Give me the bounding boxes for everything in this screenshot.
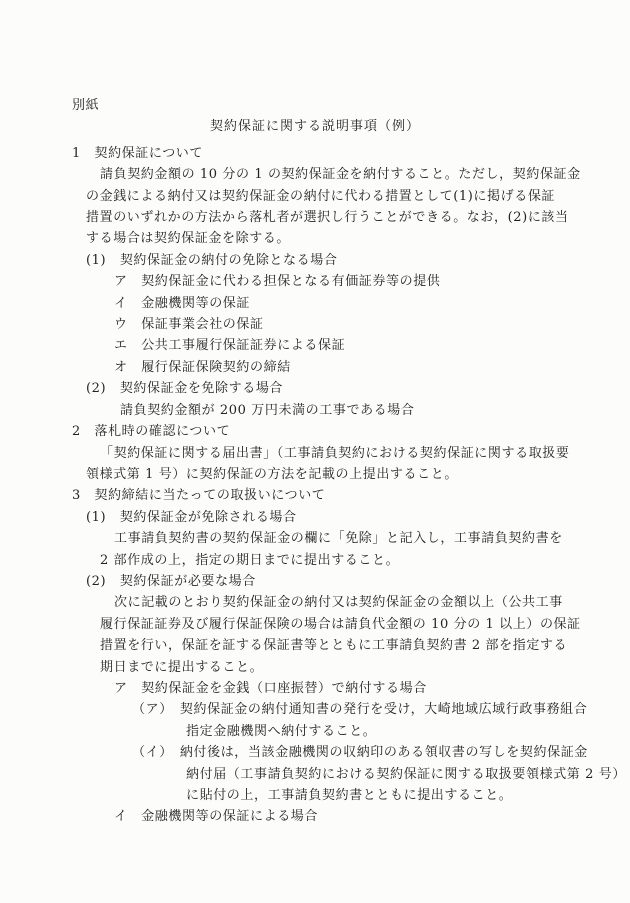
section-2-para-line: 「契約保証に関する届出書」（工事請負契約における契約保証に関する取扱要: [100, 443, 630, 464]
list-item-o: オ 履行保証保険契約の締結: [114, 357, 630, 378]
sub-item-a-2-line: に貼付の上，工事請負契約書とともに提出すること。: [186, 785, 630, 806]
section-3-heading: 3 契約締結に当たっての取扱いについて: [72, 485, 630, 506]
item-3-1-para-line: 工事請負契約書の契約保証金の欄に「免除」と記入し，工事請負契約書を: [114, 528, 630, 549]
attachment-label: 別紙: [72, 95, 630, 116]
item-3-2-para-line: 履行保証証券及び履行保証保険の場合は請負代金額の 10 分の 1 以上）の保証: [100, 614, 630, 635]
sub-item-a-1-line: （ア） 契約保証金の納付通知書の発行を受け，大崎地域広域行政事務組合: [132, 699, 630, 720]
sub-item-a-1-line: 指定金融機関へ納付すること。: [186, 721, 630, 742]
sub-item-a-heading: ア 契約保証金を金銭（口座振替）で納付する場合: [114, 678, 630, 699]
list-item-a: ア 契約保証金に代わる担保となる有価証券等の提供: [114, 271, 630, 292]
list-item-i: イ 金融機関等の保証: [114, 293, 630, 314]
item-3-1-para-line: 2 部作成の上，指定の期日までに提出すること。: [100, 550, 630, 571]
item-3-1-heading: (1) 契約保証金が免除される場合: [86, 507, 630, 528]
sub-item-a-2-line: （イ） 納付後は，当該金融機関の収納印のある領収書の写しを契約保証金: [132, 742, 630, 763]
section-1-para-line: 請負契約金額の 10 分の 1 の契約保証金を納付すること。ただし，契約保証金: [100, 164, 630, 185]
section-2-para-line: 領様式第 1 号）に契約保証の方法を記載の上提出すること。: [86, 464, 630, 485]
item-1-2-heading: (2) 契約保証金を免除する場合: [86, 378, 630, 399]
section-1-heading: 1 契約保証について: [72, 143, 630, 164]
sub-item-i-heading: イ 金融機関等の保証による場合: [114, 806, 630, 827]
section-1-para-line: 措置のいずれかの方法から落札者が選択し行うことができる。なお，(2)に該当: [86, 207, 630, 228]
item-3-2-para-line: 期日までに提出すること。: [100, 657, 630, 678]
list-item-u: ウ 保証事業会社の保証: [114, 314, 630, 335]
item-1-1-heading: (1) 契約保証金の納付の免除となる場合: [86, 250, 630, 271]
section-1-para-line: の金銭による納付又は契約保証金の納付に代わる措置として(1)に掲げる保証: [86, 186, 630, 207]
document-body: 1 契約保証について 請負契約金額の 10 分の 1 の契約保証金を納付すること…: [0, 143, 630, 828]
document-page: 別紙 契約保証に関する説明事項（例） 1 契約保証について 請負契約金額の 10…: [0, 0, 630, 903]
item-3-2-para-line: 次に記載のとおり契約保証金の納付又は契約保証金の金額以上（公共工事: [114, 592, 630, 613]
item-3-2-para-line: 措置を行い，保証を証する保証書等とともに工事請負契約書 2 部を指定する: [100, 635, 630, 656]
item-1-2-body-line: 請負契約金額が 200 万円未満の工事である場合: [120, 400, 630, 421]
list-item-e: エ 公共工事履行保証証券による保証: [114, 335, 630, 356]
item-3-2-heading: (2) 契約保証が必要な場合: [86, 571, 630, 592]
sub-item-a-2-line: 納付届（工事請負契約における契約保証に関する取扱要領様式第 2 号）: [186, 764, 630, 785]
document-title: 契約保証に関する説明事項（例）: [0, 116, 630, 137]
section-2-heading: 2 落札時の確認について: [72, 421, 630, 442]
section-1-para-line: する場合は契約保証金を除する。: [86, 228, 630, 249]
